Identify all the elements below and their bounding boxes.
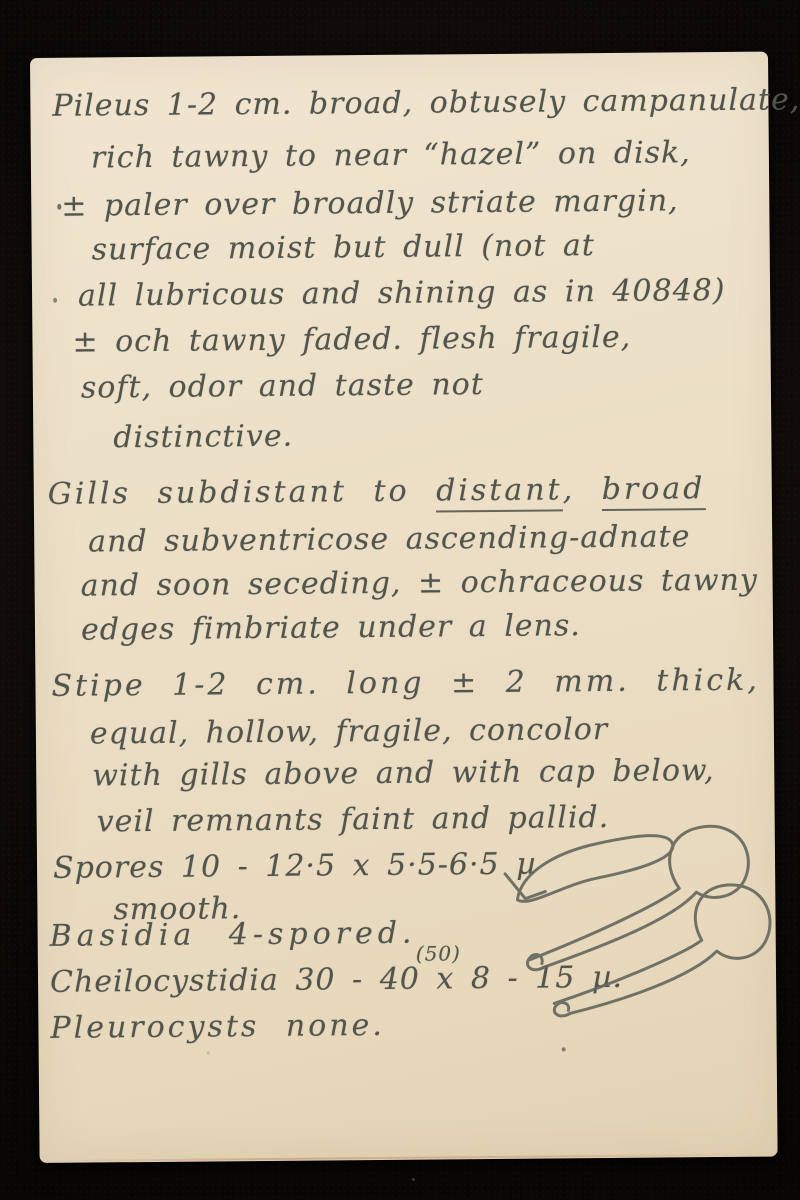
ink-speck — [207, 1051, 210, 1054]
ink-speck — [57, 204, 61, 210]
ink-speck — [53, 298, 57, 303]
note-line-spores: Spores 10 - 12·5 x 5·5-6·5 µ — [53, 848, 537, 887]
note-line-pileus: Pileus 1-2 cm. broad, obtusely campanula… — [52, 83, 800, 124]
note-line-pleurocystidia: Pleurocysts none. — [50, 1009, 385, 1046]
note-line: and soon seceding, ± ochraceous tawny — [80, 564, 758, 604]
background-speck — [412, 1178, 415, 1181]
note-line-basidia: Basidia 4-spored. — [50, 917, 417, 955]
ink-speck — [562, 1047, 566, 1051]
note-line: ± och tawny faded. flesh fragile, — [72, 321, 631, 360]
underlined-word-broad: broad — [602, 471, 706, 511]
note-line: equal, hollow, fragile, concolor — [90, 713, 609, 752]
underlined-word-distant: distant — [436, 472, 563, 512]
note-line: ± paler over broadly striate margin, — [61, 184, 679, 224]
note-line-stipe: Stipe 1-2 cm. long ± 2 mm. thick, — [51, 664, 760, 705]
note-line: surface moist but dull (not at — [92, 229, 596, 268]
index-card: Pileus 1-2 cm. broad, obtusely campanula… — [30, 52, 778, 1163]
gills-text: , — [562, 472, 601, 507]
note-line: and subventricose ascending-adnate — [88, 520, 690, 560]
note-line: veil remnants faint and pallid. — [97, 801, 610, 840]
note-line: with gills above and with cap below, — [92, 754, 715, 794]
note-line: edges fimbriate under a lens. — [81, 609, 581, 648]
note-line-cheilocystidia: Cheilocystidia 30 - 40 x 8 - 15 µ. — [50, 961, 623, 1000]
note-line: all lubricous and shining as in 40848) — [78, 274, 726, 314]
gills-text: Gills subdistant to — [48, 473, 437, 511]
note-line: rich tawny to near “hazel” on disk, — [91, 136, 691, 176]
spore-outline — [517, 835, 674, 901]
cystidium-lower-tip — [554, 1003, 570, 1016]
cystidium-upper — [529, 826, 750, 968]
note-line: distinctive. — [113, 420, 293, 456]
note-line: soft, odor and taste not — [81, 368, 484, 406]
note-line-gills: Gills subdistant to distant, broad — [48, 472, 706, 512]
